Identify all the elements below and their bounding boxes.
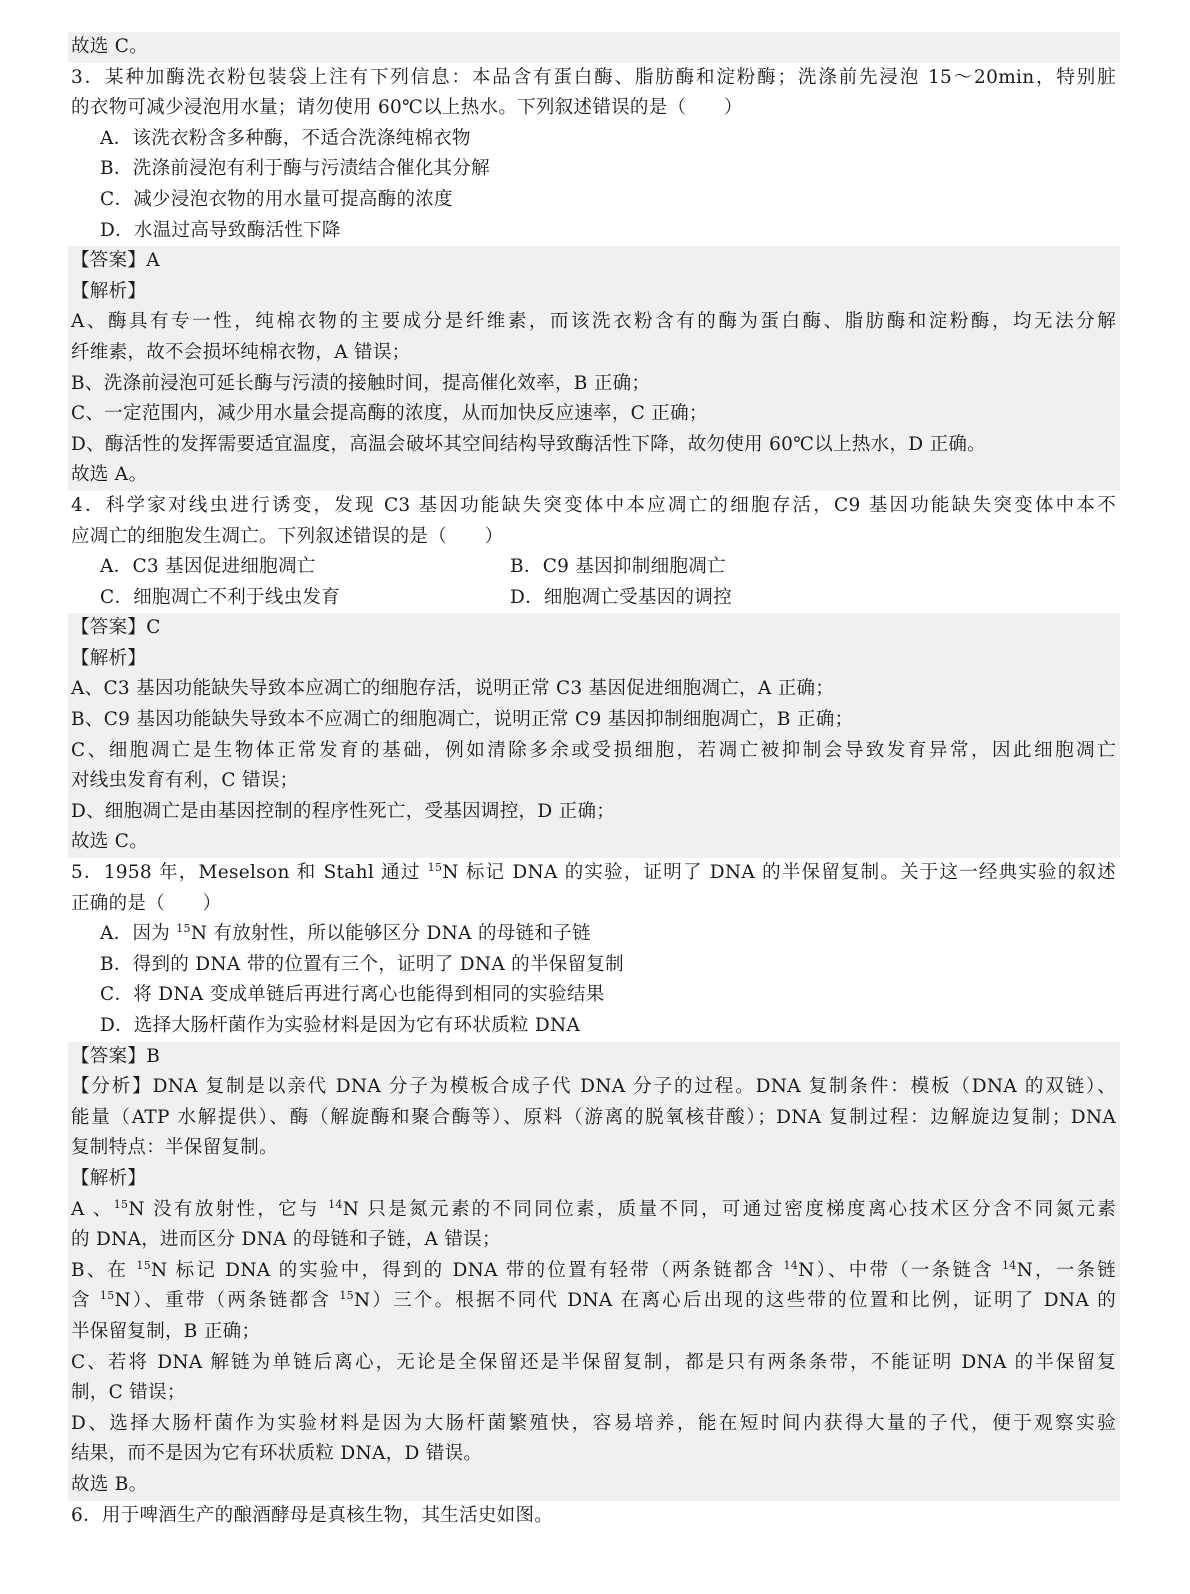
question-stem-line: 应凋亡的细胞发生凋亡。下列叙述错误的是（ ） xyxy=(68,522,1120,553)
text-run: N 只是氮元素的不同同位素，质量不同，可通过密度梯度离心技术区分含不同氮元素 xyxy=(343,1199,1116,1220)
option-a: A．C3 基因促进细胞凋亡 xyxy=(100,552,510,583)
option-d: D．细胞凋亡受基因的调控 xyxy=(510,583,732,614)
superscript: 15 xyxy=(339,1289,354,1302)
analysis-line: D、酶活性的发挥需要适宜温度，高温会破坏其空间结构导致酶活性下降，故勿使用 60… xyxy=(68,430,1120,461)
text-run: B、在 xyxy=(71,1260,136,1281)
analysis-label: 【解析】 xyxy=(68,1164,1120,1195)
analysis-line: 对线虫发育有利，C 错误； xyxy=(68,766,1120,797)
analysis-line: D、细胞凋亡是由基因控制的程序性死亡，受基因调控，D 正确； xyxy=(68,797,1120,828)
analysis-line: 制，C 错误； xyxy=(68,1378,1120,1409)
text-run: N）三个。根据不同代 DNA 在离心后出现的这些带的位置和比例，证明了 DNA … xyxy=(354,1290,1116,1311)
answer-block-q4: 【答案】C 【解析】 A、C3 基因功能缺失导致本应凋亡的细胞存活，说明正常 C… xyxy=(68,613,1120,858)
analysis-line: C、一定范围内，减少用水量会提高酶的浓度，从而加快反应速率，C 正确； xyxy=(68,399,1120,430)
option-a: A．该洗衣粉含多种酶，不适合洗涤纯棉衣物 xyxy=(68,124,1120,155)
text-run: N）、中带（一条链含 xyxy=(798,1260,1002,1281)
option-b: B．洗涤前浸泡有利于酶与污渍结合催化其分解 xyxy=(68,154,1120,185)
superscript: 15 xyxy=(136,1259,151,1272)
superscript: 14 xyxy=(328,1198,343,1211)
question-5: 5．1958 年，Meselson 和 Stahl 通过 15N 标记 DNA … xyxy=(68,858,1120,1042)
option-b: B．C9 基因抑制细胞凋亡 xyxy=(510,552,726,583)
fenxi-line: 【分析】DNA 复制是以亲代 DNA 分子为模板合成子代 DNA 分子的过程。D… xyxy=(68,1072,1120,1103)
answer-block-q5: 【答案】B 【分析】DNA 复制是以亲代 DNA 分子为模板合成子代 DNA 分… xyxy=(68,1042,1120,1501)
analysis-line: 结果，而不是因为它有环状质粒 DNA，D 错误。 xyxy=(68,1439,1120,1470)
conclusion-line: 故选 C。 xyxy=(68,32,1120,63)
question-6: 6．用于啤酒生产的酿酒酵母是真核生物，其生活史如图。 xyxy=(68,1501,1120,1532)
option-b: B．得到的 DNA 带的位置有三个，证明了 DNA 的半保留复制 xyxy=(68,950,1120,981)
text-run: 5．1958 年，Meselson 和 Stahl 通过 xyxy=(71,862,428,883)
analysis-line: 的 DNA，进而区分 DNA 的母链和子链，A 错误； xyxy=(68,1225,1120,1256)
answer-line: 【答案】C xyxy=(68,613,1120,644)
text-run: N）、重带（两条链都含 xyxy=(115,1290,340,1311)
analysis-line: C、细胞凋亡是生物体正常发育的基础，例如清除多余或受损细胞，若凋亡被抑制会导致发… xyxy=(68,736,1120,767)
analysis-block-q2-tail: 故选 C。 xyxy=(68,32,1120,63)
analysis-line: B、洗涤前浸泡可延长酶与污渍的接触时间，提高催化效率，B 正确； xyxy=(68,369,1120,400)
analysis-line: D、选择大肠杆菌作为实验材料是因为大肠杆菌繁殖快，容易培养，能在短时间内获得大量… xyxy=(68,1409,1120,1440)
option-d: D．选择大肠杆菌作为实验材料是因为它有环状质粒 DNA xyxy=(68,1011,1120,1042)
text-run: N，一条链 xyxy=(1017,1260,1116,1281)
superscript: 15 xyxy=(428,861,443,874)
option-row: A．C3 基因促进细胞凋亡 B．C9 基因抑制细胞凋亡 xyxy=(68,552,1120,583)
analysis-line: A、C3 基因功能缺失导致本应凋亡的细胞存活，说明正常 C3 基因促进细胞凋亡，… xyxy=(68,674,1120,705)
analysis-line: 含 15N）、重带（两条链都含 15N）三个。根据不同代 DNA 在离心后出现的… xyxy=(68,1286,1120,1317)
superscript: 15 xyxy=(176,922,191,935)
text-run: N 没有放射性，它与 xyxy=(128,1199,328,1220)
option-c: C．细胞凋亡不利于线虫发育 xyxy=(100,583,510,614)
superscript: 15 xyxy=(100,1289,115,1302)
text-run: N 标记 DNA 的实验，证明了 DNA 的半保留复制。关于这一经典实验的叙述 xyxy=(442,862,1116,883)
answer-line: 【答案】A xyxy=(68,246,1120,277)
text-run: 含 xyxy=(71,1290,100,1311)
superscript: 15 xyxy=(114,1198,129,1211)
document-page: 故选 C。 3．某种加酶洗衣粉包装袋上注有下列信息：本品含有蛋白酶、脂肪酶和淀粉… xyxy=(68,32,1120,1531)
fenxi-line: 能量（ATP 水解提供）、酶（解旋酶和聚合酶等）、原料（游离的脱氧核苷酸）；DN… xyxy=(68,1103,1120,1134)
analysis-line: B、C9 基因功能缺失导致本不应凋亡的细胞凋亡，说明正常 C9 基因抑制细胞凋亡… xyxy=(68,705,1120,736)
analysis-line: A、酶具有专一性，纯棉衣物的主要成分是纤维素，而该洗衣粉含有的酶为蛋白酶、脂肪酶… xyxy=(68,307,1120,338)
fenxi-line: 复制特点：半保留复制。 xyxy=(68,1133,1120,1164)
option-d: D．水温过高导致酶活性下降 xyxy=(68,216,1120,247)
analysis-line: 半保留复制，B 正确； xyxy=(68,1317,1120,1348)
option-a: A．因为 15N 有放射性，所以能够区分 DNA 的母链和子链 xyxy=(68,919,1120,950)
analysis-line: 纤维素，故不会损坏纯棉衣物，A 错误； xyxy=(68,338,1120,369)
question-4: 4．科学家对线虫进行诱变，发现 C3 基因功能缺失突变体中本应凋亡的细胞存活，C… xyxy=(68,491,1120,613)
superscript: 14 xyxy=(784,1259,799,1272)
question-stem-line: 6．用于啤酒生产的酿酒酵母是真核生物，其生活史如图。 xyxy=(68,1501,1120,1532)
analysis-label: 【解析】 xyxy=(68,644,1120,675)
question-stem-line: 4．科学家对线虫进行诱变，发现 C3 基因功能缺失突变体中本应凋亡的细胞存活，C… xyxy=(68,491,1120,522)
superscript: 14 xyxy=(1002,1259,1017,1272)
conclusion-line: 故选 A。 xyxy=(68,460,1120,491)
conclusion-line: 故选 B。 xyxy=(68,1470,1120,1501)
text-run: A 、 xyxy=(71,1199,114,1220)
text-run: N 标记 DNA 的实验中，得到的 DNA 带的位置有轻带（两条链都含 xyxy=(151,1260,783,1281)
question-stem-line: 3．某种加酶洗衣粉包装袋上注有下列信息：本品含有蛋白酶、脂肪酶和淀粉酶；洗涤前先… xyxy=(68,63,1120,94)
question-stem-line: 的衣物可减少浸泡用水量；请勿使用 60℃以上热水。下列叙述错误的是（ ） xyxy=(68,93,1120,124)
question-stem-line: 正确的是（ ） xyxy=(68,889,1120,920)
answer-block-q3: 【答案】A 【解析】 A、酶具有专一性，纯棉衣物的主要成分是纤维素，而该洗衣粉含… xyxy=(68,246,1120,491)
conclusion-line: 故选 C。 xyxy=(68,827,1120,858)
text-run: N 有放射性，所以能够区分 DNA 的母链和子链 xyxy=(191,923,591,944)
question-stem-line: 5．1958 年，Meselson 和 Stahl 通过 15N 标记 DNA … xyxy=(68,858,1120,889)
question-3: 3．某种加酶洗衣粉包装袋上注有下列信息：本品含有蛋白酶、脂肪酶和淀粉酶；洗涤前先… xyxy=(68,63,1120,247)
option-c: C．减少浸泡衣物的用水量可提高酶的浓度 xyxy=(68,185,1120,216)
analysis-line: C、若将 DNA 解链为单链后离心，无论是全保留还是半保留复制，都是只有两条条带… xyxy=(68,1348,1120,1379)
option-row: C．细胞凋亡不利于线虫发育 D．细胞凋亡受基因的调控 xyxy=(68,583,1120,614)
analysis-line: B、在 15N 标记 DNA 的实验中，得到的 DNA 带的位置有轻带（两条链都… xyxy=(68,1256,1120,1287)
option-c: C．将 DNA 变成单链后再进行离心也能得到相同的实验结果 xyxy=(68,980,1120,1011)
analysis-line: A 、15N 没有放射性，它与 14N 只是氮元素的不同同位素，质量不同，可通过… xyxy=(68,1195,1120,1226)
text-run: A．因为 xyxy=(100,923,176,944)
answer-line: 【答案】B xyxy=(68,1042,1120,1073)
analysis-label: 【解析】 xyxy=(68,277,1120,308)
